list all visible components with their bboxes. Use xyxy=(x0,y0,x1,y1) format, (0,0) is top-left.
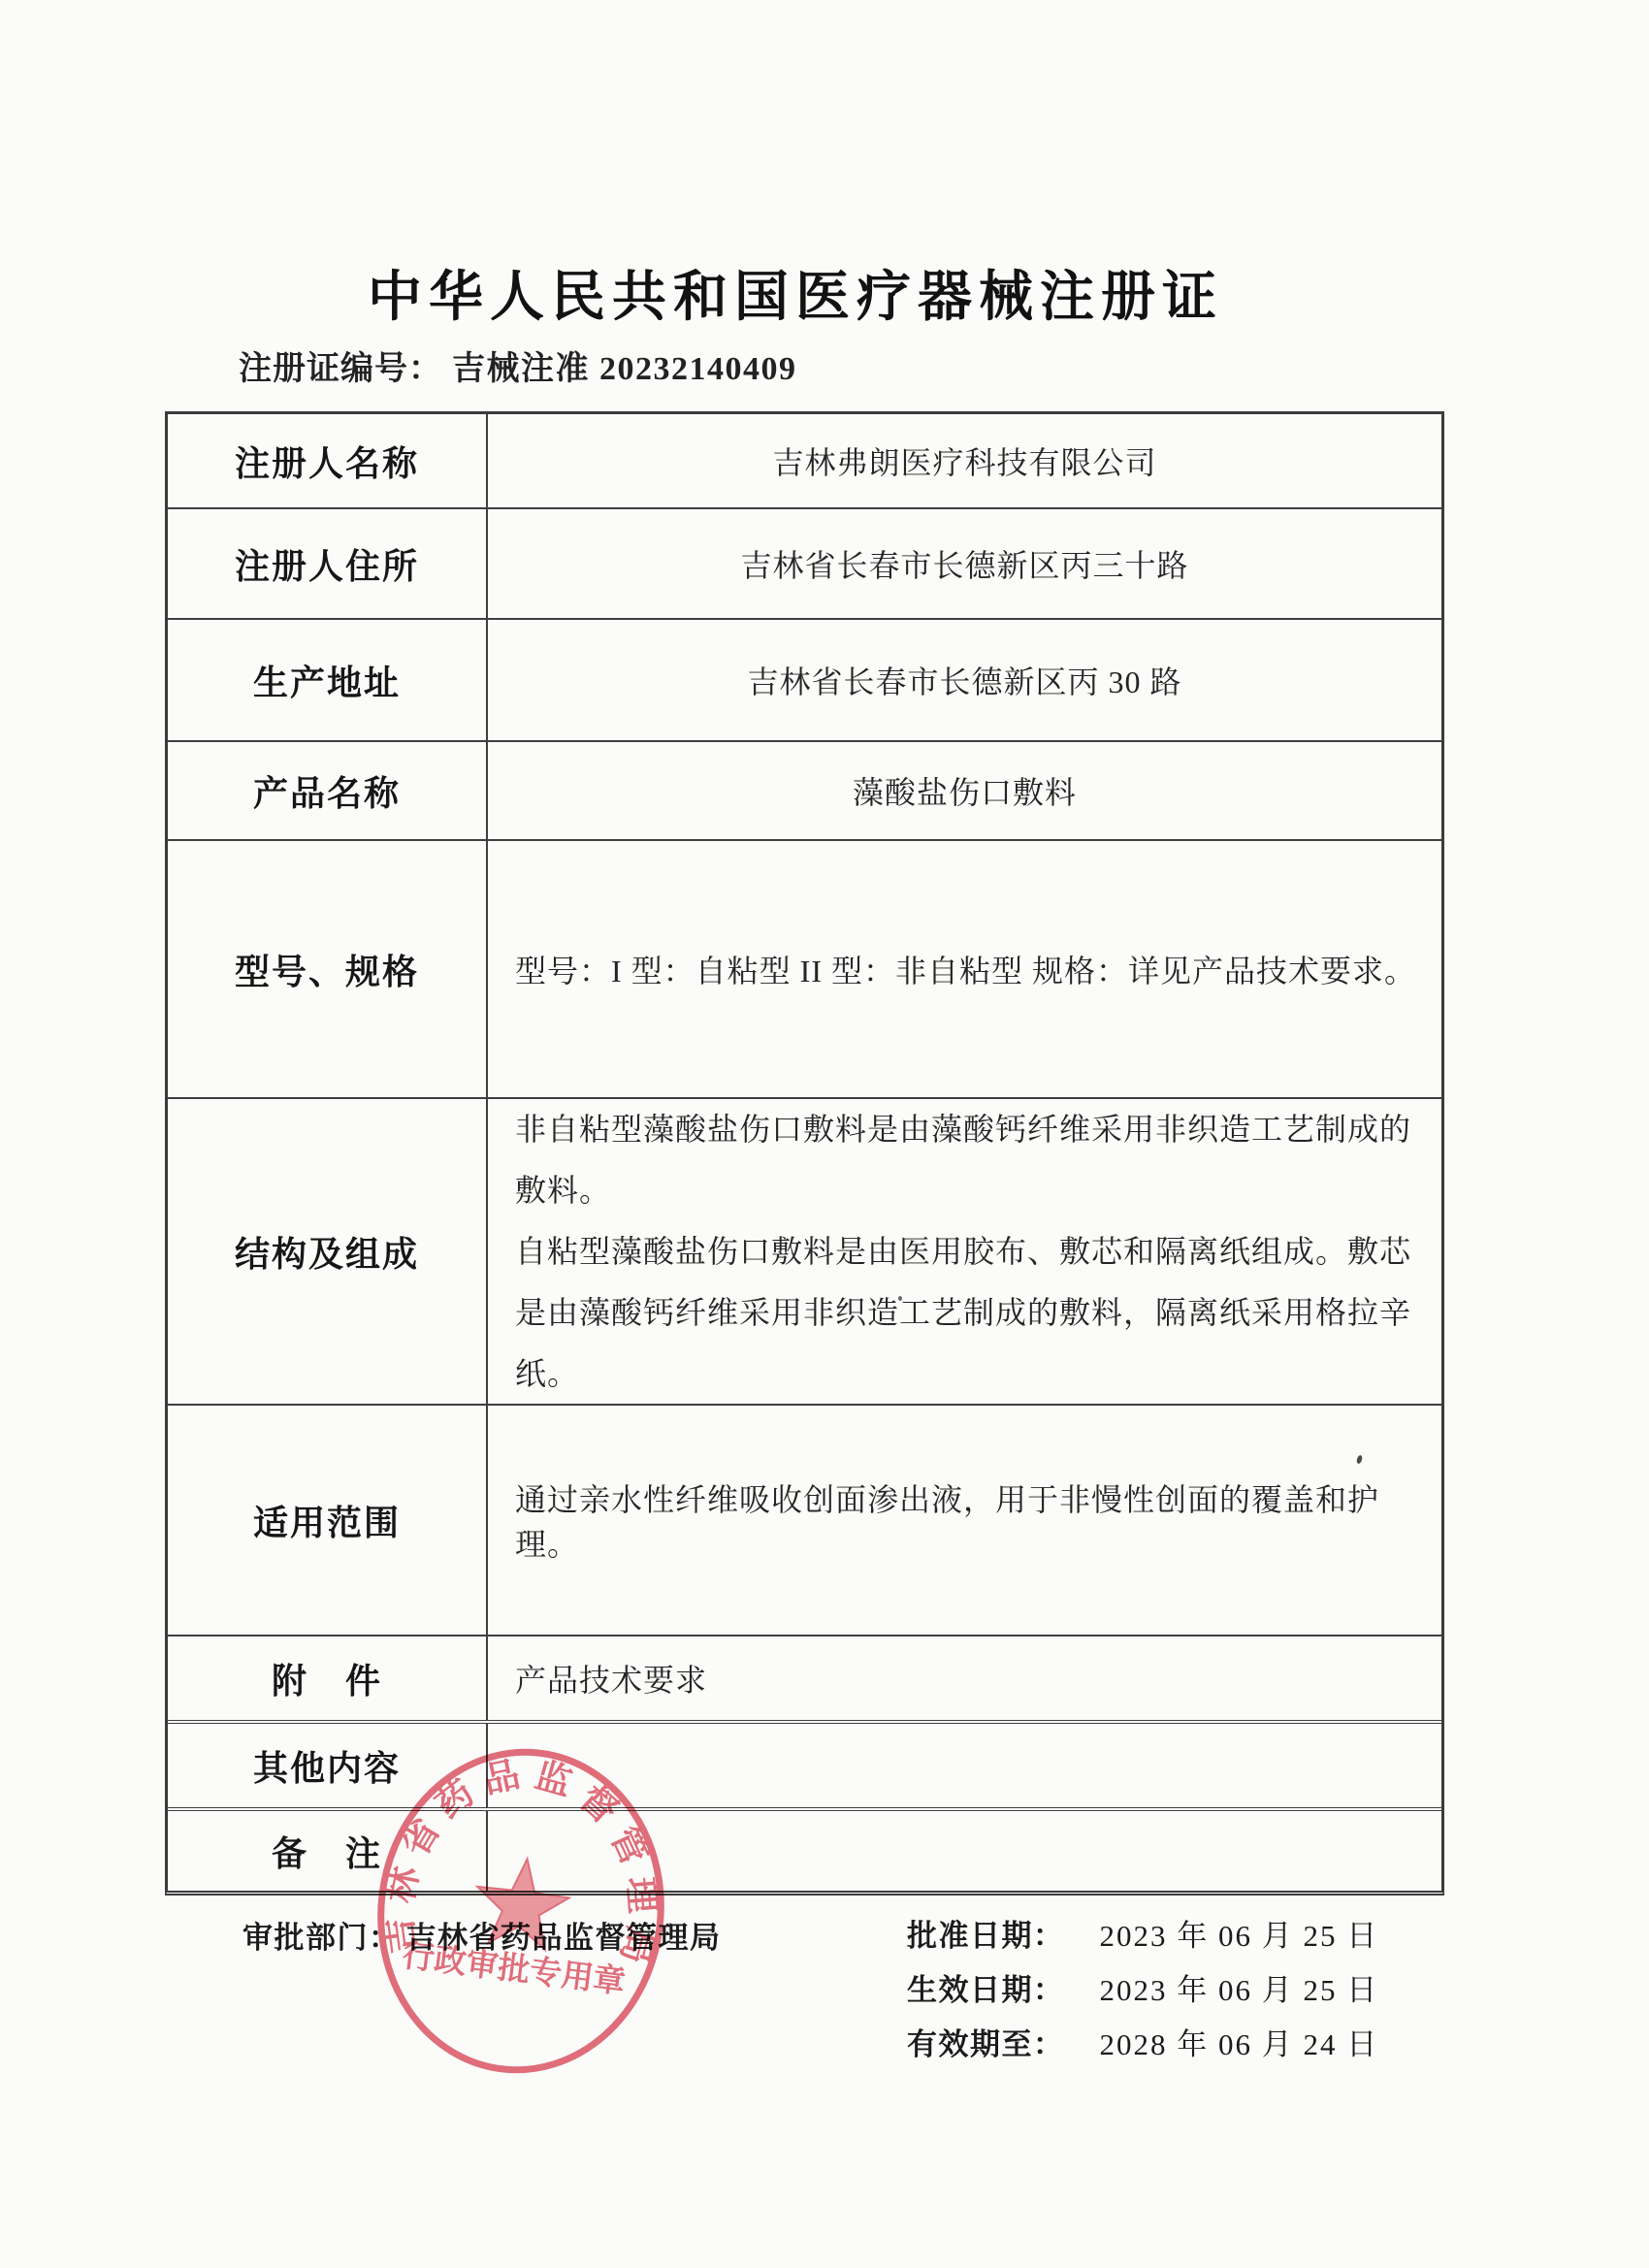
certificate-number-value: 吉械注准 20232140409 xyxy=(452,341,797,389)
approval-department-line: 审批部门： 吉林省药品监督管理局 xyxy=(242,1913,722,1957)
row-value: 型号：I 型：自粘型 II 型：非自粘型 规格：详见产品技术要求。 xyxy=(488,841,1441,1097)
date-value: 2023 年 06 月 25 日 xyxy=(1100,1911,1379,1955)
certificate-number-label: 注册证编号： xyxy=(239,341,442,389)
row-label: 型号、规格 xyxy=(168,841,488,1097)
row-label: 其他内容 xyxy=(168,1724,488,1807)
date-row-effective: 生效日期： 2023 年 06 月 25 日 xyxy=(907,1960,1378,2014)
certificate-number-line: 注册证编号： 吉械注准 20232140409 xyxy=(239,341,797,389)
row-value xyxy=(488,1811,1441,1891)
table-row-registrant-name: 注册人名称 吉林弗朗医疗科技有限公司 xyxy=(168,414,1441,507)
row-value: 通过亲水性纤维吸收创面渗出液，用于非慢性创面的覆盖和护理。 xyxy=(488,1406,1441,1635)
row-label: 注册人住所 xyxy=(168,509,488,618)
table-row-attachment: 附 件 产品技术要求 xyxy=(168,1635,1441,1720)
row-value: 吉林省长春市长德新区丙 30 路 xyxy=(488,620,1441,740)
table-row-structure-composition: 结构及组成 非自粘型藻酸盐伤口敷料是由藻酸钙纤维采用非织造工艺制成的 敷料。 自… xyxy=(168,1097,1441,1404)
table-row-intended-use: 适用范围 通过亲水性纤维吸收创面渗出液，用于非慢性创面的覆盖和护理。 xyxy=(168,1404,1441,1635)
table-row-production-address: 生产地址 吉林省长春市长德新区丙 30 路 xyxy=(168,618,1441,740)
ink-dot xyxy=(898,1296,902,1301)
row-label: 产品名称 xyxy=(168,742,488,839)
date-label: 生效日期： xyxy=(907,1965,1065,2009)
row-label: 附 件 xyxy=(168,1636,488,1720)
row-value: 非自粘型藻酸盐伤口敷料是由藻酸钙纤维采用非织造工艺制成的 敷料。 自粘型藻酸盐伤… xyxy=(488,1099,1441,1404)
table-row-registrant-address: 注册人住所 吉林省长春市长德新区丙三十路 xyxy=(168,507,1441,618)
date-label: 有效期至： xyxy=(907,2020,1065,2063)
table-row-other-content: 其他内容 xyxy=(168,1720,1441,1807)
structure-text: 非自粘型藻酸盐伤口敷料是由藻酸钙纤维采用非织造工艺制成的 敷料。 自粘型藻酸盐伤… xyxy=(515,1099,1418,1405)
row-label: 生产地址 xyxy=(168,620,488,740)
table-row-remarks: 备 注 xyxy=(168,1807,1441,1891)
page-title: 中华人民共和国医疗器械注册证 xyxy=(0,254,1591,332)
row-label: 结构及组成 xyxy=(168,1099,488,1404)
row-value: 产品技术要求 xyxy=(488,1636,1441,1720)
table-row-product-name: 产品名称 藻酸盐伤口敷料 xyxy=(168,740,1441,839)
row-label: 备 注 xyxy=(168,1811,488,1891)
approval-department-label: 审批部门： xyxy=(242,1913,401,1957)
date-value: 2028 年 06 月 24 日 xyxy=(1100,2020,1379,2063)
row-value: 吉林省长春市长德新区丙三十路 xyxy=(488,509,1441,618)
row-value: 吉林弗朗医疗科技有限公司 xyxy=(488,414,1441,507)
row-label: 适用范围 xyxy=(168,1406,488,1635)
date-value: 2023 年 06 月 25 日 xyxy=(1100,1965,1379,2009)
row-value: 藻酸盐伤口敷料 xyxy=(488,742,1441,839)
table-row-model-spec: 型号、规格 型号：I 型：自粘型 II 型：非自粘型 规格：详见产品技术要求。 xyxy=(168,839,1441,1097)
approval-department-value: 吉林省药品监督管理局 xyxy=(406,1913,722,1957)
date-row-expiry: 有效期至： 2028 年 06 月 24 日 xyxy=(907,2014,1378,2068)
row-value xyxy=(488,1724,1441,1807)
registration-table: 注册人名称 吉林弗朗医疗科技有限公司 注册人住所 吉林省长春市长德新区丙三十路 … xyxy=(165,411,1444,1895)
row-label: 注册人名称 xyxy=(168,414,488,507)
date-row-approval: 批准日期： 2023 年 06 月 25 日 xyxy=(907,1905,1378,1960)
date-block: 批准日期： 2023 年 06 月 25 日 生效日期： 2023 年 06 月… xyxy=(907,1905,1378,2068)
date-label: 批准日期： xyxy=(907,1911,1065,1955)
